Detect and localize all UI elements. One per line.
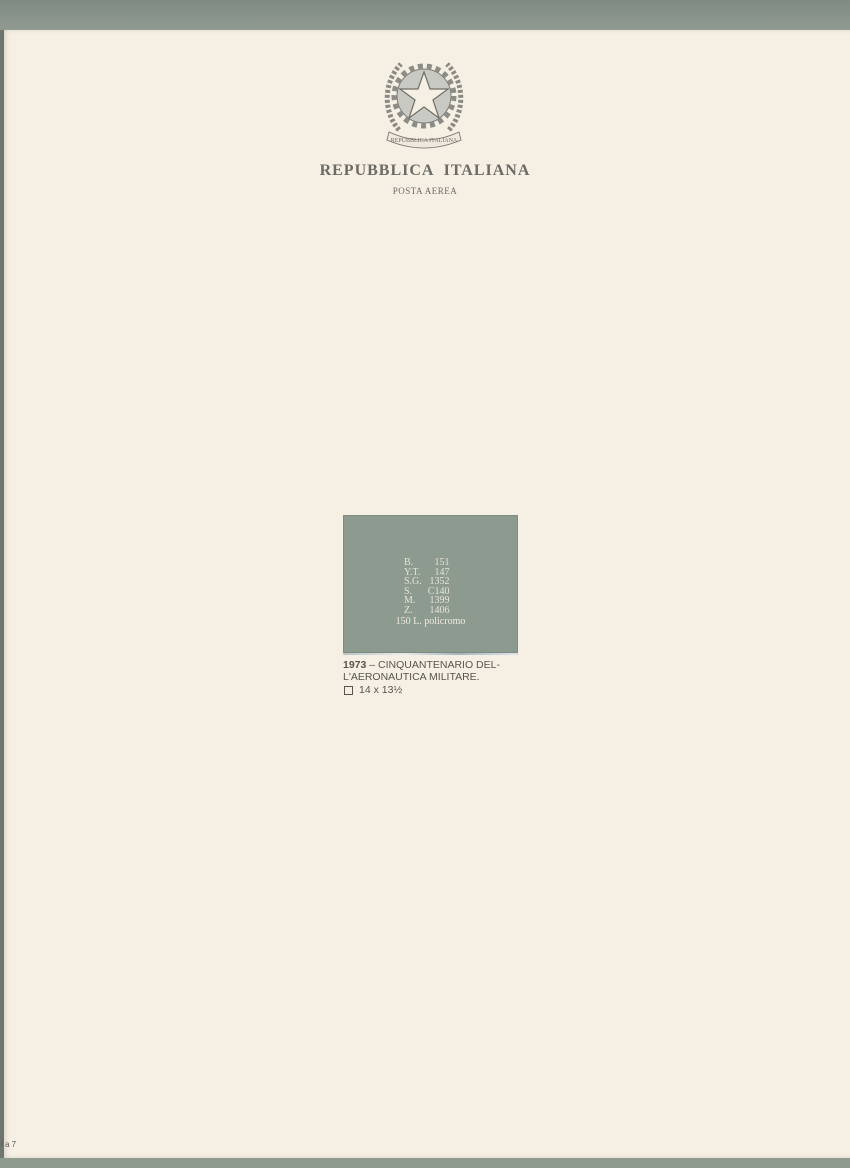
catalog-number: 1406 bbox=[422, 606, 450, 616]
bottom-background-band bbox=[0, 1158, 850, 1168]
page-title: REPUBBLICA ITALIANA bbox=[0, 162, 850, 180]
caption-line-2: L'AERONAUTICA MILITARE. bbox=[343, 671, 543, 683]
issue-title-part1: – CINQUANTENARIO DEL- bbox=[366, 659, 500, 671]
catalog-numbers-table: B.151 Y.T.147 S.G.1352 S.C140 M.1399 Z.1… bbox=[404, 558, 449, 615]
catalog-row: Z.1406 bbox=[404, 606, 449, 616]
catalog-name: Z. bbox=[404, 606, 422, 616]
checkbox-icon[interactable] bbox=[344, 686, 353, 695]
page-number: l a 7 bbox=[1, 1140, 16, 1149]
perforation-line: 14 x 13½ bbox=[343, 684, 543, 696]
caption-line-1: 1973 – CINQUANTENARIO DEL- bbox=[343, 659, 543, 671]
stamp-value: 150 L. policromo bbox=[344, 616, 517, 627]
issue-year: 1973 bbox=[343, 659, 366, 671]
page-left-edge bbox=[0, 30, 4, 1158]
page-subtitle: POSTA AEREA bbox=[0, 186, 850, 196]
stamp-caption: 1973 – CINQUANTENARIO DEL- L'AERONAUTICA… bbox=[343, 659, 543, 696]
emblem-of-italy-icon: REPUBBLICA ITALIANA bbox=[379, 52, 469, 152]
stamp-mount: B.151 Y.T.147 S.G.1352 S.C140 M.1399 Z.1… bbox=[343, 515, 518, 653]
svg-text:REPUBBLICA ITALIANA: REPUBBLICA ITALIANA bbox=[391, 138, 458, 144]
perforation-value: 14 x 13½ bbox=[359, 684, 402, 696]
